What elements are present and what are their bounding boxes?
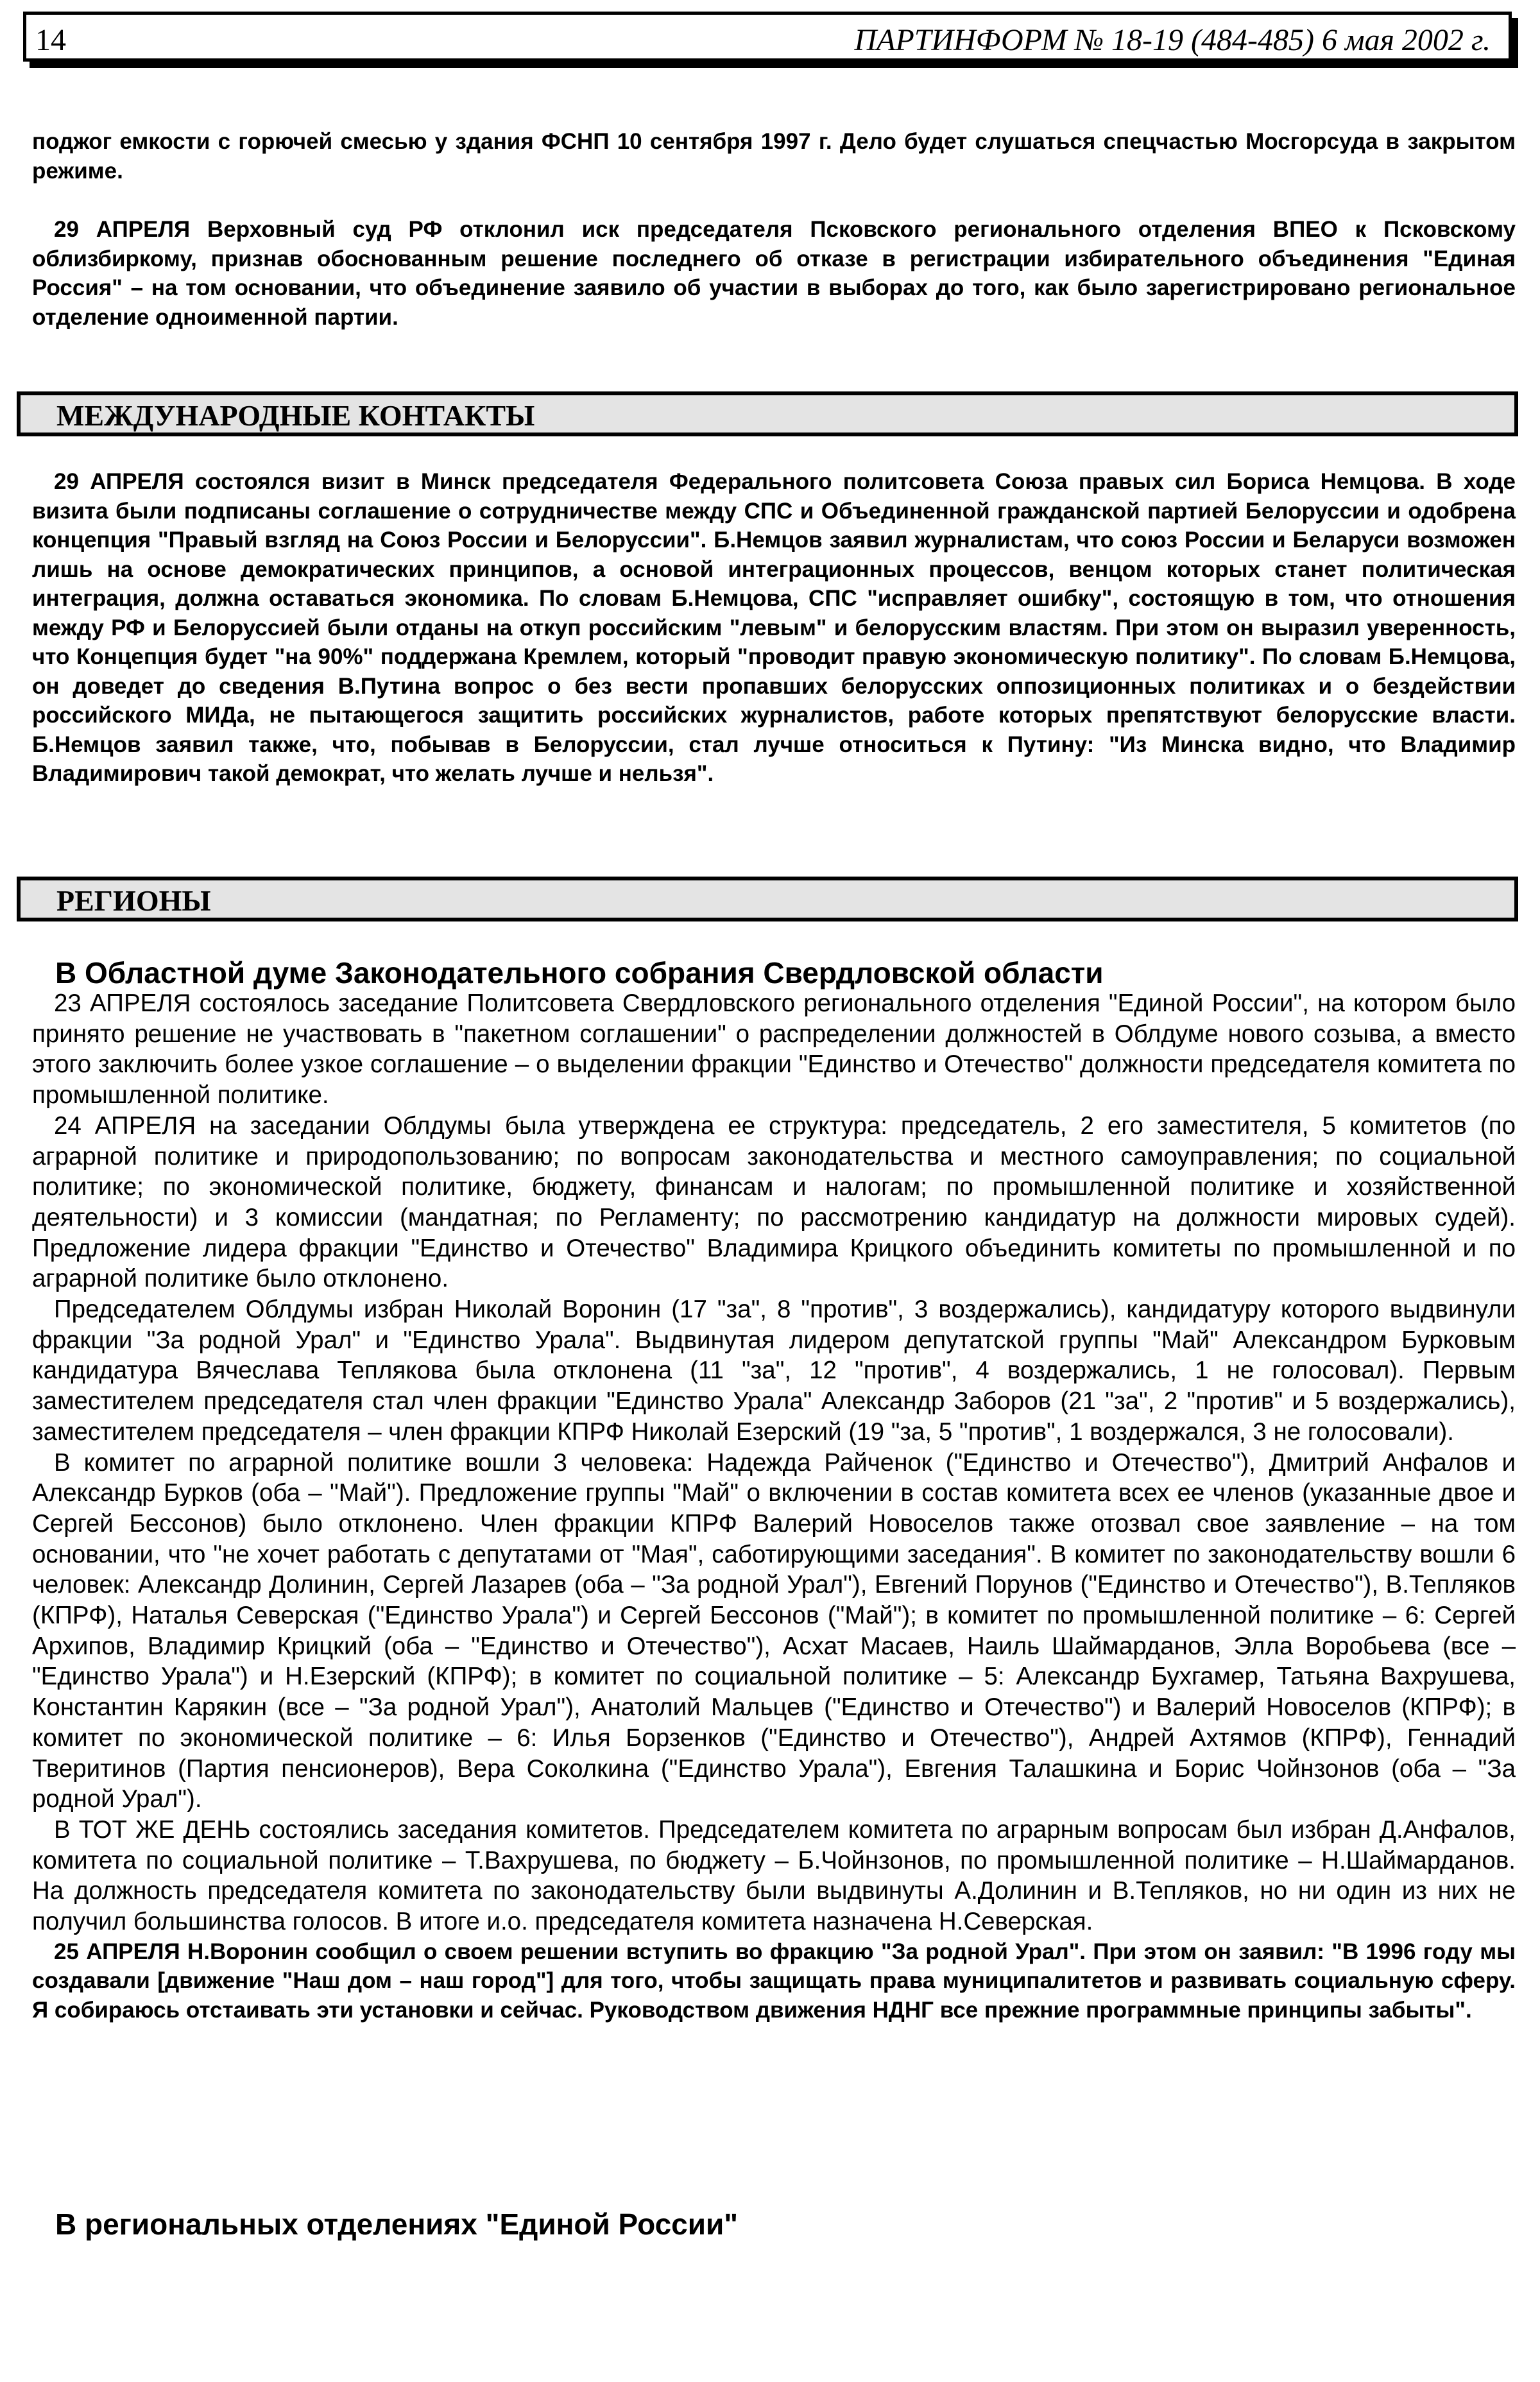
article-paragraph: В ТОТ ЖЕ ДЕНЬ состоялись заседания комит… xyxy=(32,1815,1516,1937)
page-number: 14 xyxy=(35,24,66,57)
masthead-title: ПАРТИНФОРМ № 18-19 (484-485) 6 мая 2002 … xyxy=(854,24,1491,57)
section-header-regions: РЕГИОНЫ xyxy=(17,877,1518,921)
article-paragraph-bold: 25 АПРЕЛЯ Н.Воронин сообщил о своем реше… xyxy=(32,1937,1516,2025)
article-paragraph: Председателем Облдумы избран Николай Вор… xyxy=(32,1294,1516,1448)
international-block: 29 АПРЕЛЯ состоялся визит в Минск предсе… xyxy=(32,467,1516,789)
section-title: РЕГИОНЫ xyxy=(56,884,211,918)
subsection-title: В региональных отделениях "Единой России… xyxy=(55,2207,738,2241)
article-paragraph: 24 АПРЕЛЯ на заседании Облдумы была утве… xyxy=(32,1111,1516,1294)
news-item: 29 АПРЕЛЯ Верховный суд РФ отклонил иск … xyxy=(32,215,1516,332)
paragraph-continuation: поджог емкости с горючей смесью у здания… xyxy=(32,127,1516,185)
subsection-title: В Областной думе Законодательного собран… xyxy=(55,956,1104,990)
regions-article: 23 АПРЕЛЯ состоялось заседание Политсове… xyxy=(32,988,1516,2025)
intro-block: поджог емкости с горючей смесью у здания… xyxy=(32,127,1516,332)
running-header: 14 ПАРТИНФОРМ № 18-19 (484-485) 6 мая 20… xyxy=(23,12,1512,62)
news-item: 29 АПРЕЛЯ состоялся визит в Минск предсе… xyxy=(32,467,1516,789)
article-paragraph: В комитет по аграрной политике вошли 3 ч… xyxy=(32,1448,1516,1815)
section-header-international: МЕЖДУНАРОДНЫЕ КОНТАКТЫ xyxy=(17,391,1518,436)
section-title: МЕЖДУНАРОДНЫЕ КОНТАКТЫ xyxy=(56,399,535,433)
article-paragraph: 23 АПРЕЛЯ состоялось заседание Политсове… xyxy=(32,988,1516,1111)
